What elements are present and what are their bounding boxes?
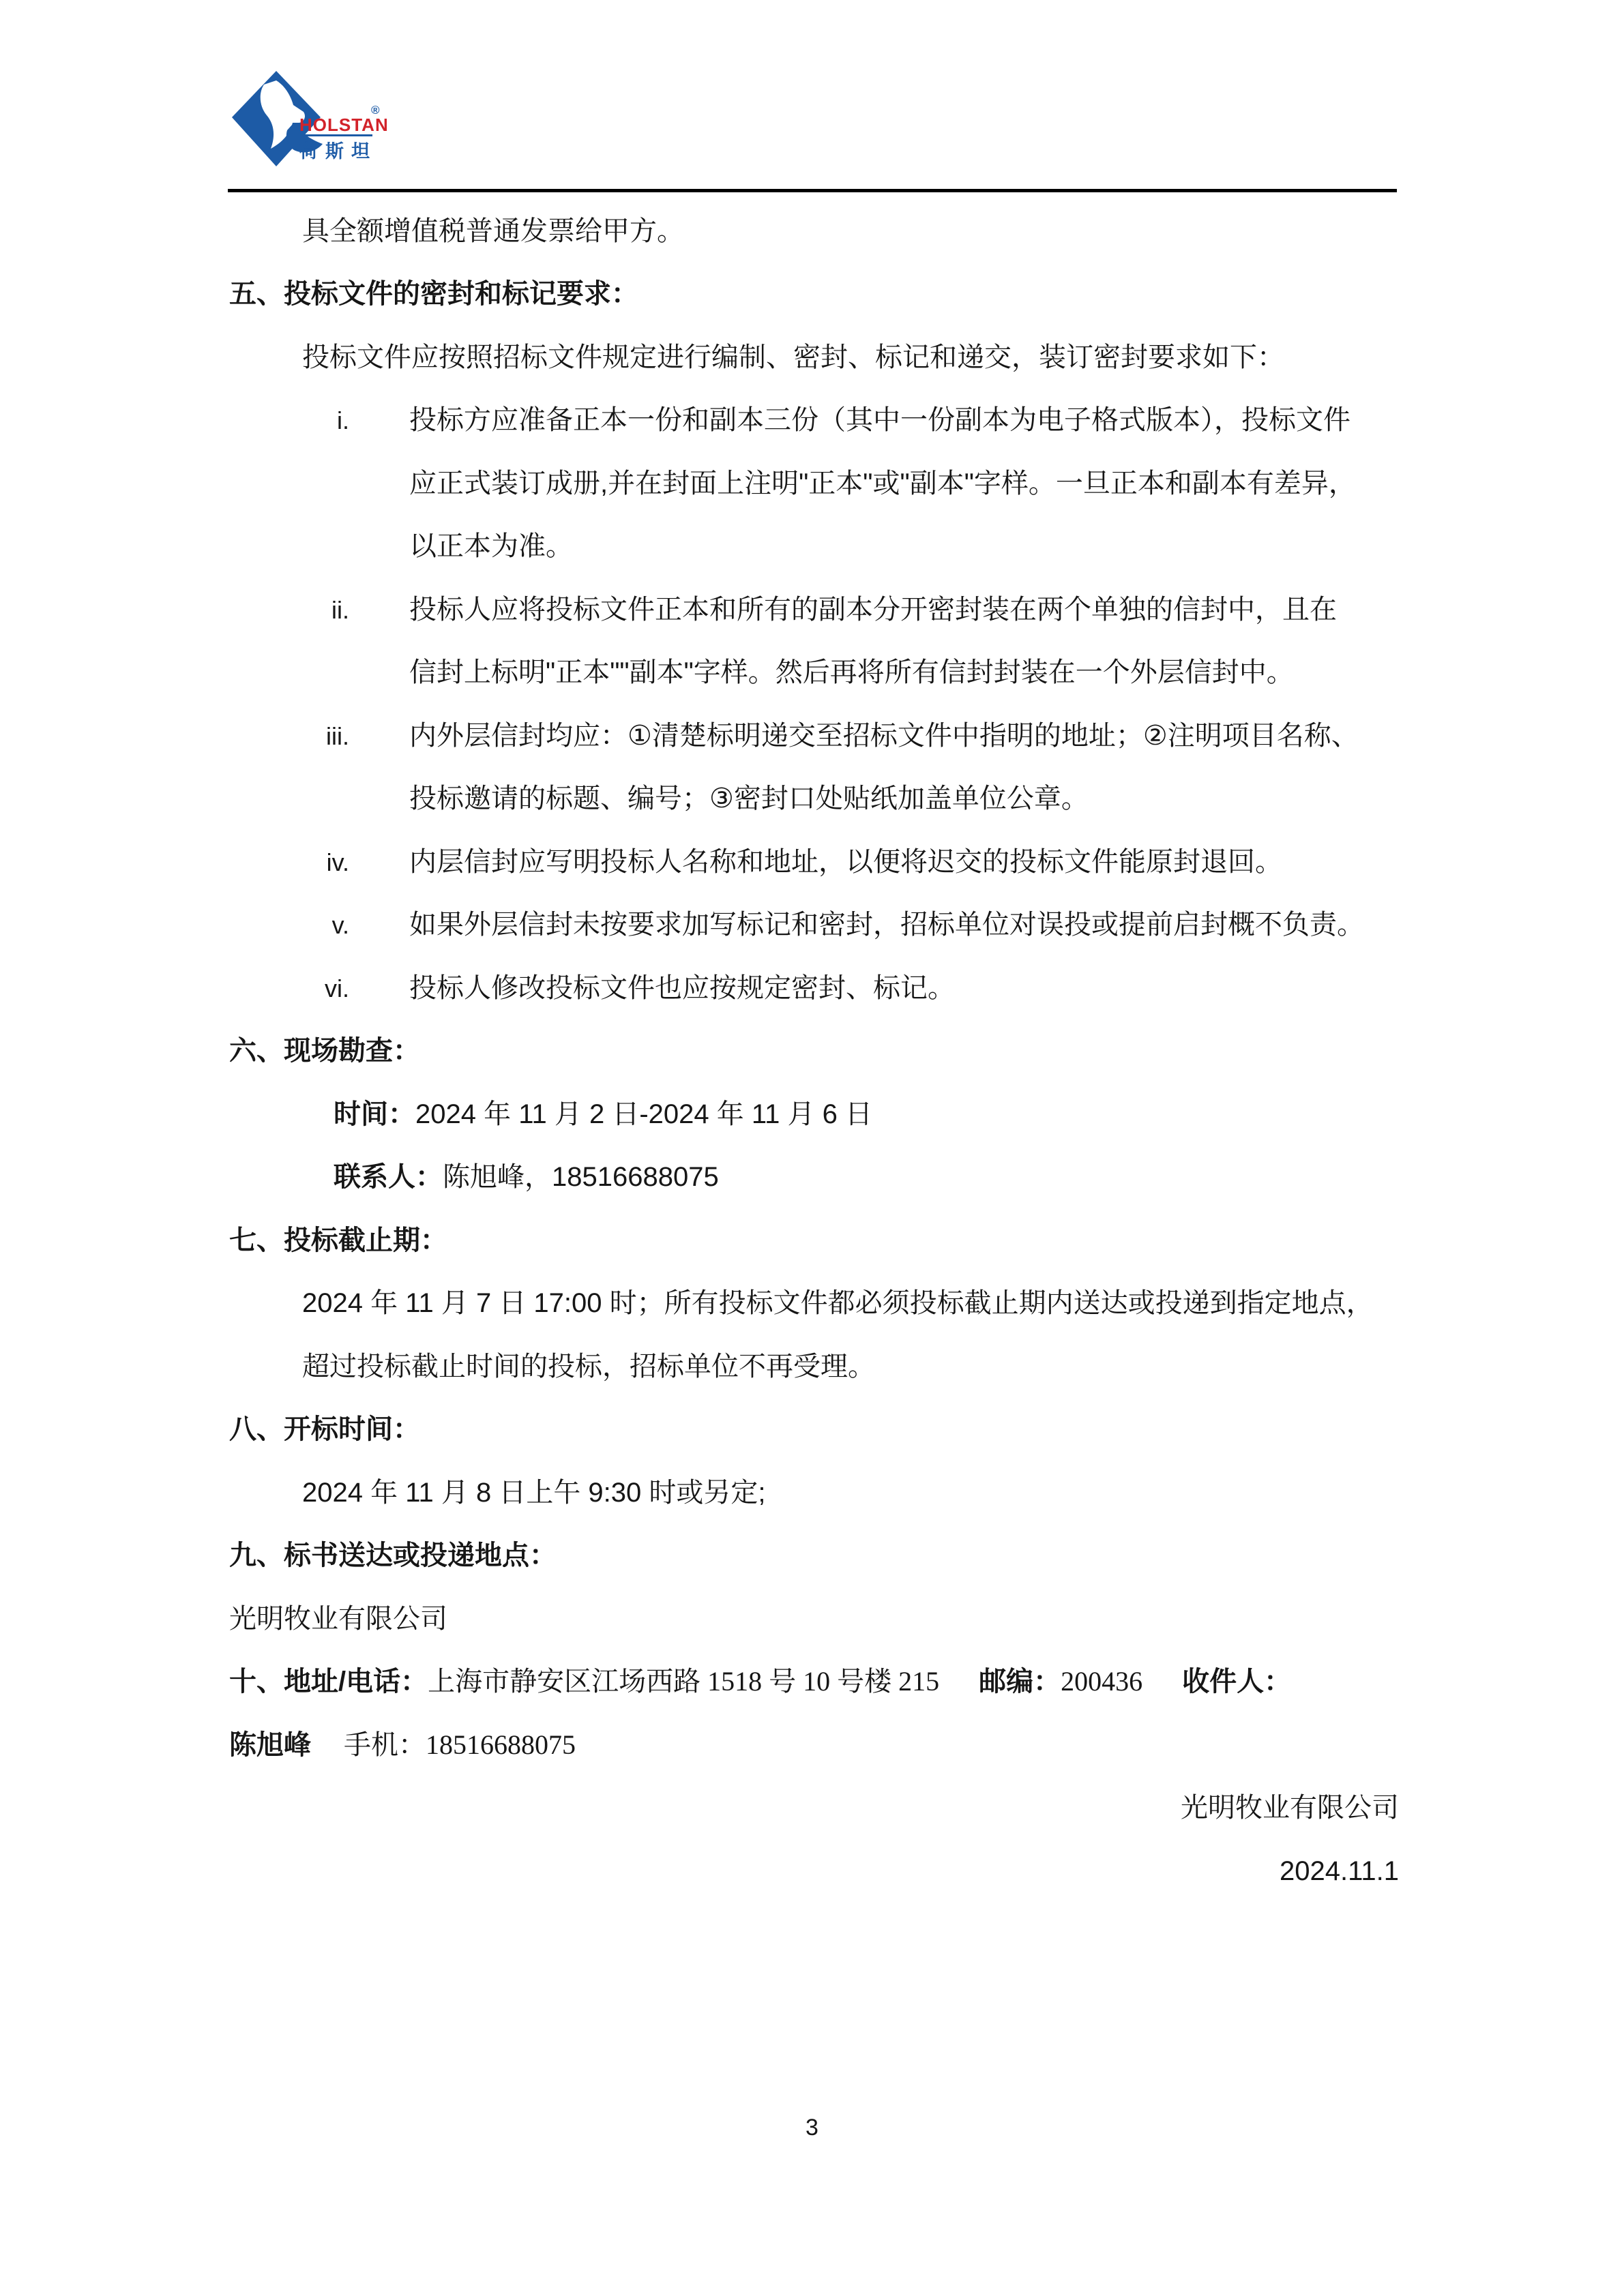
recipient-line: 陈旭峰手机：18516688075 <box>229 1729 576 1761</box>
section-6-heading: 六、现场勘查： <box>229 1034 420 1067</box>
section-9-heading: 九、标书送达或投递地点： <box>229 1539 557 1572</box>
recipient-name: 陈旭峰 <box>229 1730 311 1760</box>
list-item-iii: iii.内外层信封均应：①清楚标明递交至招标文件中指明的地址；②注明项目名称、 <box>314 719 1359 752</box>
list-marker: i. <box>314 404 349 437</box>
section-7-heading: 七、投标截止期： <box>229 1224 447 1257</box>
address-phone-line: 十、地址/电话：上海市静安区江场西路 1518 号 10 号楼 215邮编：20… <box>229 1665 1291 1698</box>
deadline-line-2: 超过投标截止时间的投标，招标单位不再受理。 <box>302 1350 875 1383</box>
list-marker: vi. <box>314 972 349 1005</box>
bid-opening-time: 2024 年 11 月 8 日上午 9:30 时或另定; <box>302 1476 766 1509</box>
brand-wordmark: HOLSTAN <box>299 115 389 136</box>
page-number: 3 <box>0 2114 1624 2141</box>
zip-label: 邮编： <box>979 1667 1061 1697</box>
delivery-company: 光明牧业有限公司 <box>229 1602 447 1635</box>
contact-label: 联系人： <box>334 1162 443 1192</box>
contact-value: 陈旭峰，18516688075 <box>443 1162 719 1192</box>
list-item-text: 如果外层信封未按要求加写标记和密封，招标单位对误投或提前启封概不负责。 <box>409 910 1364 940</box>
list-item-text: 投标人应将投标文件正本和所有的副本分开密封装在两个单独的信封中，且在 <box>409 595 1337 625</box>
signature-company: 光明牧业有限公司 <box>1181 1791 1399 1824</box>
list-item-ii: ii.投标人应将投标文件正本和所有的副本分开密封装在两个单独的信封中，且在 <box>314 593 1337 626</box>
site-visit-time: 时间：2024 年 11 月 2 日-2024 年 11 月 6 日 <box>334 1098 872 1131</box>
deadline-line-1: 2024 年 11 月 7 日 17:00 时；所有投标文件都必须投标截止期内送… <box>302 1287 1374 1320</box>
list-marker: iii. <box>314 720 349 753</box>
brand-wordmark-chinese: 荷斯坦 <box>299 136 377 163</box>
list-marker: iv. <box>314 846 349 879</box>
list-item-i: i.投标方应准备正本一份和副本三份（其中一份副本为电子格式版本），投标文件 <box>314 404 1350 436</box>
section-8-heading: 八、开标时间： <box>229 1413 420 1446</box>
address-label: 十、地址/电话： <box>229 1667 428 1697</box>
list-item-text: 投标方应准备正本一份和副本三份（其中一份副本为电子格式版本），投标文件 <box>409 405 1350 435</box>
list-item-v: v.如果外层信封未按要求加写标记和密封，招标单位对误投或提前启封概不负责。 <box>314 908 1364 941</box>
list-item-i-cont: 应正式装订成册,并在封面上注明"正本"或"副本"字样。一旦正本和副本有差异， <box>409 467 1356 500</box>
recipient-phone: 手机：18516688075 <box>344 1729 576 1760</box>
intro-line: 具全额增值税普通发票给甲方。 <box>302 215 684 248</box>
site-visit-contact: 联系人：陈旭峰，18516688075 <box>334 1161 719 1193</box>
document-page: HOLSTAN ® 荷斯坦 具全额增值税普通发票给甲方。 五、投标文件的密封和标… <box>0 0 1624 2296</box>
signature-date: 2024.11.1 <box>1280 1855 1399 1888</box>
zip-value: 200436 <box>1061 1666 1142 1697</box>
time-value: 2024 年 11 月 2 日-2024 年 11 月 6 日 <box>415 1099 872 1129</box>
address-value: 上海市静安区江场西路 1518 号 10 号楼 215 <box>428 1666 939 1697</box>
section-5-heading: 五、投标文件的密封和标记要求： <box>229 278 638 310</box>
list-item-ii-cont: 信封上标明"正本""副本"字样。然后再将所有信封封装在一个外层信封中。 <box>409 656 1294 689</box>
list-item-vi: vi.投标人修改投标文件也应按规定密封、标记。 <box>314 972 955 1004</box>
recipient-label: 收件人： <box>1182 1667 1291 1697</box>
list-marker: v. <box>314 909 349 942</box>
list-item-text: 内层信封应写明投标人名称和地址，以便将迟交的投标文件能原封退回。 <box>409 847 1282 877</box>
list-item-text: 内外层信封均应：①清楚标明递交至招标文件中指明的地址；②注明项目名称、 <box>409 721 1359 751</box>
holstan-logo: HOLSTAN ® 荷斯坦 <box>228 67 399 169</box>
list-item-iii-cont: 投标邀请的标题、编号；③密封口处贴纸加盖单位公章。 <box>409 782 1089 815</box>
list-item-iv: iv.内层信封应写明投标人名称和地址，以便将迟交的投标文件能原封退回。 <box>314 846 1282 878</box>
header-divider <box>228 189 1397 192</box>
list-marker: ii. <box>314 594 349 627</box>
registered-trademark-icon: ® <box>371 104 380 117</box>
time-label: 时间： <box>334 1099 415 1129</box>
list-item-text: 投标人修改投标文件也应按规定密封、标记。 <box>409 973 955 1003</box>
section-5-intro: 投标文件应按照招标文件规定进行编制、密封、标记和递交，装订密封要求如下： <box>302 341 1284 374</box>
list-item-i-cont: 以正本为准。 <box>409 530 573 563</box>
